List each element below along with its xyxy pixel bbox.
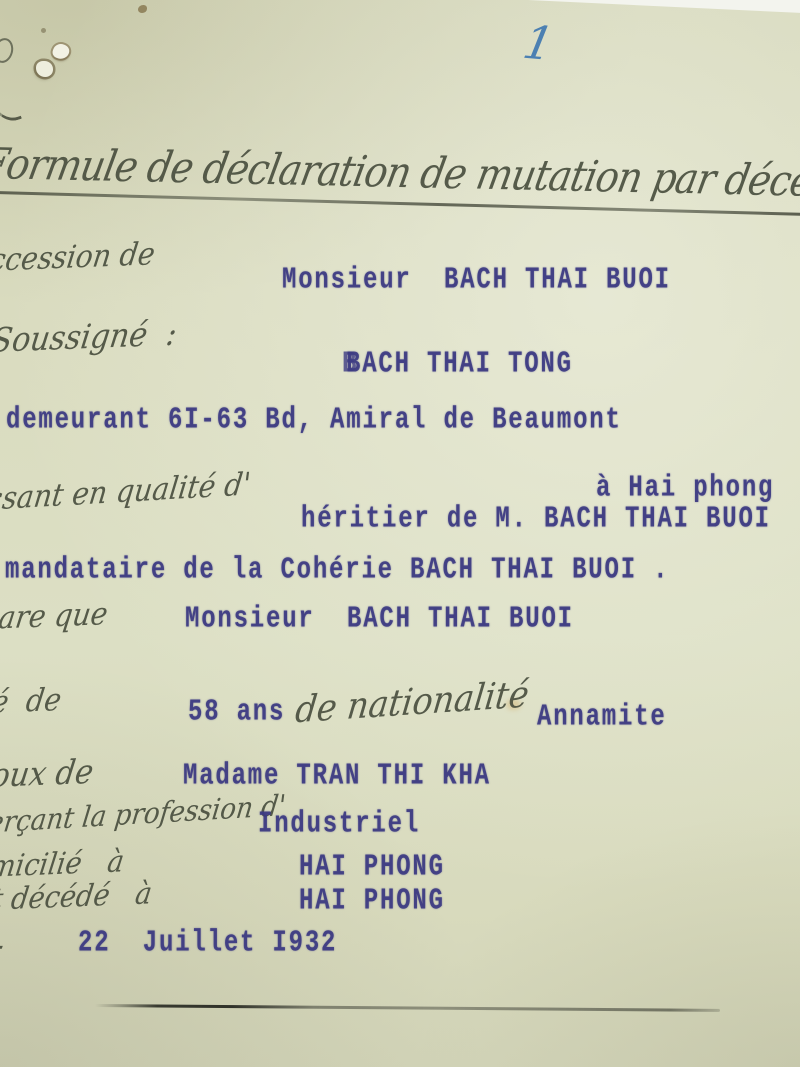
punch-hole	[36, 61, 53, 77]
field-profession-label: erçant la profession d'	[0, 792, 287, 838]
pencil-line	[95, 1004, 720, 1012]
field-deces-label: t décédé à	[0, 879, 154, 915]
paper-top-edge	[528, 0, 800, 13]
field-spouse-value: Madame TRAN THI KHA	[183, 762, 491, 792]
field-address-city-value: à Hai phong	[596, 474, 774, 504]
field-succession-value: Monsieur BACH THAI BUOI	[282, 266, 671, 296]
field-spouse-label: oux de	[0, 756, 95, 794]
field-profession-value: Industriel	[258, 810, 420, 840]
field-declare-label: lare que	[0, 598, 110, 634]
date-dash-mark: -	[0, 926, 8, 964]
field-domicile-value: HAI PHONG	[299, 853, 445, 883]
field-age-value: 58 ans	[188, 698, 285, 728]
field-soussigne-label: Soussigné :	[0, 318, 179, 359]
paper-speck	[138, 5, 147, 13]
field-mandataire-value: mandataire de la Cohérie BACH THAI BUOI …	[5, 556, 669, 586]
field-soussigne-value: BACH THAI TONG	[346, 350, 573, 380]
field-age-label: é de	[0, 684, 63, 718]
page-number: 1	[520, 19, 558, 67]
field-nationality-value: Annamite	[537, 703, 667, 733]
document-photo: 1 Formule de déclaration de mutation par…	[0, 0, 800, 1067]
field-date-value: 22 Juillet I932	[78, 929, 337, 959]
field-address-value: demeurant 6I-63 Bd, Amiral de Beaumont	[6, 406, 622, 436]
ink-mark	[0, 36, 16, 65]
field-qualite-label: ssant en qualité d'	[0, 469, 252, 516]
field-qualite-value: héritier de M. BACH THAI BUOI	[301, 505, 771, 535]
field-declare-value: Monsieur BACH THAI BUOI	[185, 605, 574, 635]
ink-curl-mark	[0, 91, 22, 126]
paper-speck	[41, 28, 46, 33]
punch-hole	[51, 42, 71, 62]
field-domicile-label: micilié à	[0, 847, 126, 882]
field-nationality-label: de nationalité	[294, 675, 531, 728]
field-deces-value: HAI PHONG	[299, 887, 445, 917]
field-succession-label: ccession de	[0, 239, 157, 277]
